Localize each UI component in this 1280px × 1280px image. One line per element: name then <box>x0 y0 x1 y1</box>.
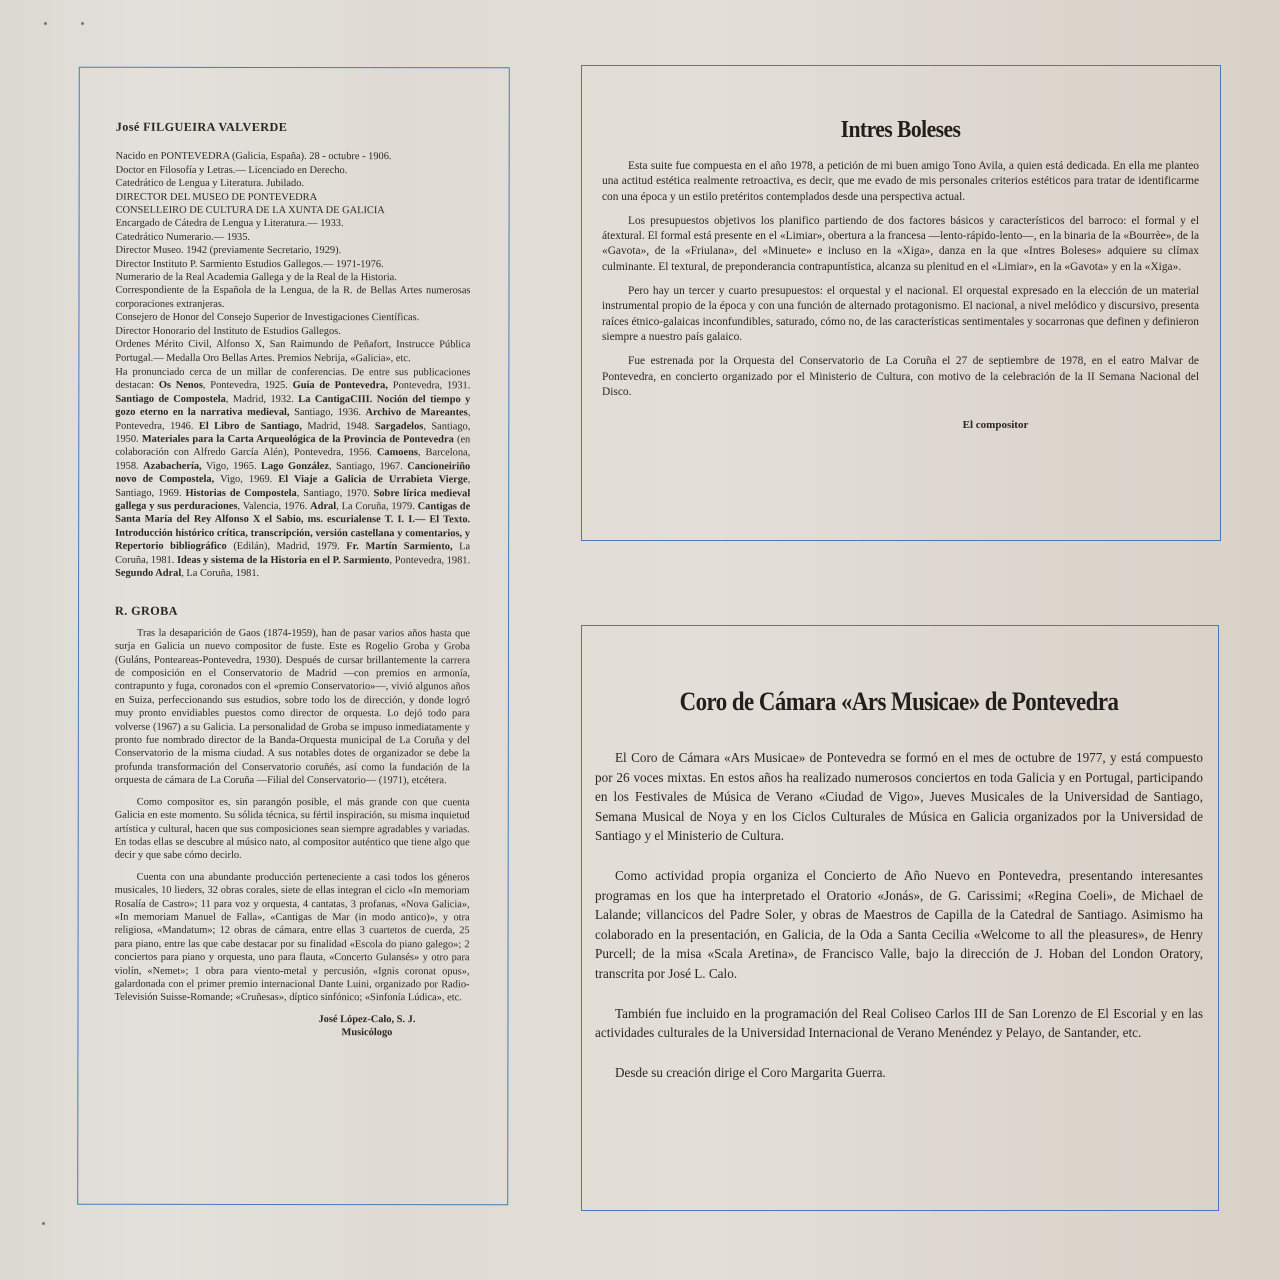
publication-info: Vigo, 1965. <box>202 461 261 472</box>
intres-paragraph: Los presupuestos objetivos los planifico… <box>602 214 1199 275</box>
publication-title: Archivo de Mareantes <box>365 407 467 418</box>
publication-info: , Santiago, 1967. <box>329 461 407 472</box>
intres-paragraph: Fue estrenada por la Orquesta del Conser… <box>602 354 1199 400</box>
bio-line: Catedrático de Lengua y Literatura. Jubi… <box>116 177 471 191</box>
coro-panel: Coro de Cámara «Ars Musicae» de Ponteved… <box>581 625 1219 1211</box>
publication-title: Azabachería, <box>143 461 202 472</box>
coro-paragraph: Como actividad propia organiza el Concie… <box>595 866 1203 984</box>
publication-title: Ideas y sistema de la Historia en el P. … <box>177 554 390 565</box>
coro-paragraph: El Coro de Cámara «Ars Musicae» de Ponte… <box>595 748 1203 846</box>
bio-line: DIRECTOR DEL MUSEO DE PONTEVEDRA <box>116 190 471 204</box>
publication-info: , La Coruña, 1979. <box>336 501 418 512</box>
bio-line: Director Instituto P. Sarmiento Estudios… <box>116 257 471 271</box>
bio-line: Numerario de la Real Academia Gallega y … <box>115 271 470 285</box>
publication-title: Adral <box>310 501 336 512</box>
intres-content: Intres Boleses Esta suite fue compuesta … <box>602 115 1199 433</box>
publication-title: Historias de Compostela <box>185 487 296 498</box>
bio-line: Correspondiente de la Española de la Len… <box>115 284 470 311</box>
publication-info: , La Coruña, 1981. <box>181 568 259 579</box>
signature-role: Musicólogo <box>264 1026 469 1039</box>
groba-paragraph: Como compositor es, sin parangón posible… <box>115 795 470 863</box>
publication-info: , Pontevedra, 1981. <box>389 555 470 566</box>
publication-title: Segundo Adral <box>115 568 181 579</box>
bio-line: CONSELLEIRO DE CULTURA DE LA XUNTA DE GA… <box>116 204 471 218</box>
publication-title: Materiales para la Carta Arqueológica de… <box>142 434 454 445</box>
groba-paragraph: Tras la desaparición de Gaos (1874-1959)… <box>115 627 470 788</box>
bio-heading-filgueira: José FILGUEIRA VALVERDE <box>116 121 471 135</box>
paper-speck <box>81 22 84 25</box>
biographies-content: José FILGUEIRA VALVERDE Nacido en PONTEV… <box>114 121 470 1039</box>
biographies-panel: José FILGUEIRA VALVERDE Nacido en PONTEV… <box>77 67 510 1206</box>
publication-info: , Valencia, 1976. <box>237 501 310 512</box>
publication-title: Fr. Martín Sarmiento, <box>346 541 452 552</box>
publication-title: Santiago de Compostela <box>115 393 225 404</box>
groba-paragraph: Cuenta con una abundante producción pert… <box>114 870 469 1005</box>
publication-info: (Edilán), Madrid, 1979. <box>227 541 347 552</box>
publication-title: El Libro de Santiago, <box>199 420 302 431</box>
bio-line: Consejero de Honor del Consejo Superior … <box>115 311 470 325</box>
bio-lines: Nacido en PONTEVEDRA (Galicia, España). … <box>115 150 470 365</box>
signature-name: José López-Calo, S. J. <box>264 1013 469 1026</box>
publication-title: Os Nenos <box>159 380 203 391</box>
publication-info: Santiago, 1936. <box>290 407 366 418</box>
publication-title: Camoens <box>377 447 418 458</box>
intres-paragraph: Pero hay un tercer y cuarto presupuestos… <box>602 284 1199 345</box>
bio-line: Ordenes Mérito Civil, Alfonso X, San Rai… <box>115 338 470 365</box>
intres-paragraph: Esta suite fue compuesta en el año 1978,… <box>602 159 1199 205</box>
bio-line: Encargado de Cátedra de Lengua y Literat… <box>116 217 471 231</box>
bio-line: Director Museo. 1942 (previamente Secret… <box>116 244 471 258</box>
bio-line: Catedrático Numerario.— 1935. <box>116 231 471 245</box>
bio-publications: Ha pronunciado cerca de un millar de con… <box>115 366 470 581</box>
intres-boleses-panel: Intres Boleses Esta suite fue compuesta … <box>581 65 1221 541</box>
publication-info: , Santiago, 1970. <box>297 488 374 499</box>
intres-title: Intres Boleses <box>632 115 1169 145</box>
publication-title: El Viaje a Galicia de Urrabieta Vierge <box>278 474 467 485</box>
bio-line: Doctor en Filosofía y Letras.— Licenciad… <box>116 164 471 178</box>
coro-content: Coro de Cámara «Ars Musicae» de Ponteved… <box>595 686 1203 1102</box>
paper-speck <box>44 22 47 25</box>
publication-title: Sargadelos <box>375 421 424 432</box>
publication-info: Vigo, 1969. <box>214 474 278 485</box>
bio-line: Nacido en PONTEVEDRA (Galicia, España). … <box>116 150 471 164</box>
publication-info: , Madrid, 1932. <box>226 394 298 405</box>
publication-title: Lago González <box>261 461 329 472</box>
coro-paragraph: Desde su creación dirige el Coro Margari… <box>595 1063 1203 1083</box>
paper-speck <box>42 1222 45 1225</box>
bio-line: Director Honorario del Instituto de Estu… <box>115 324 470 338</box>
coro-title: Coro de Cámara «Ars Musicae» de Ponteved… <box>631 686 1166 718</box>
intres-signature: El compositor <box>792 418 1199 433</box>
bio-heading-groba: R. GROBA <box>115 605 470 619</box>
groba-signature: José López-Calo, S. J. Musicólogo <box>264 1013 469 1039</box>
coro-paragraph: También fue incluido en la programación … <box>595 1004 1203 1043</box>
publication-info: Pontevedra, 1931. <box>388 380 470 391</box>
publication-title: Guía de Pontevedra, <box>293 380 388 391</box>
publication-info: Madrid, 1948. <box>302 421 375 432</box>
publication-info: , Pontevedra, 1925. <box>203 380 293 391</box>
